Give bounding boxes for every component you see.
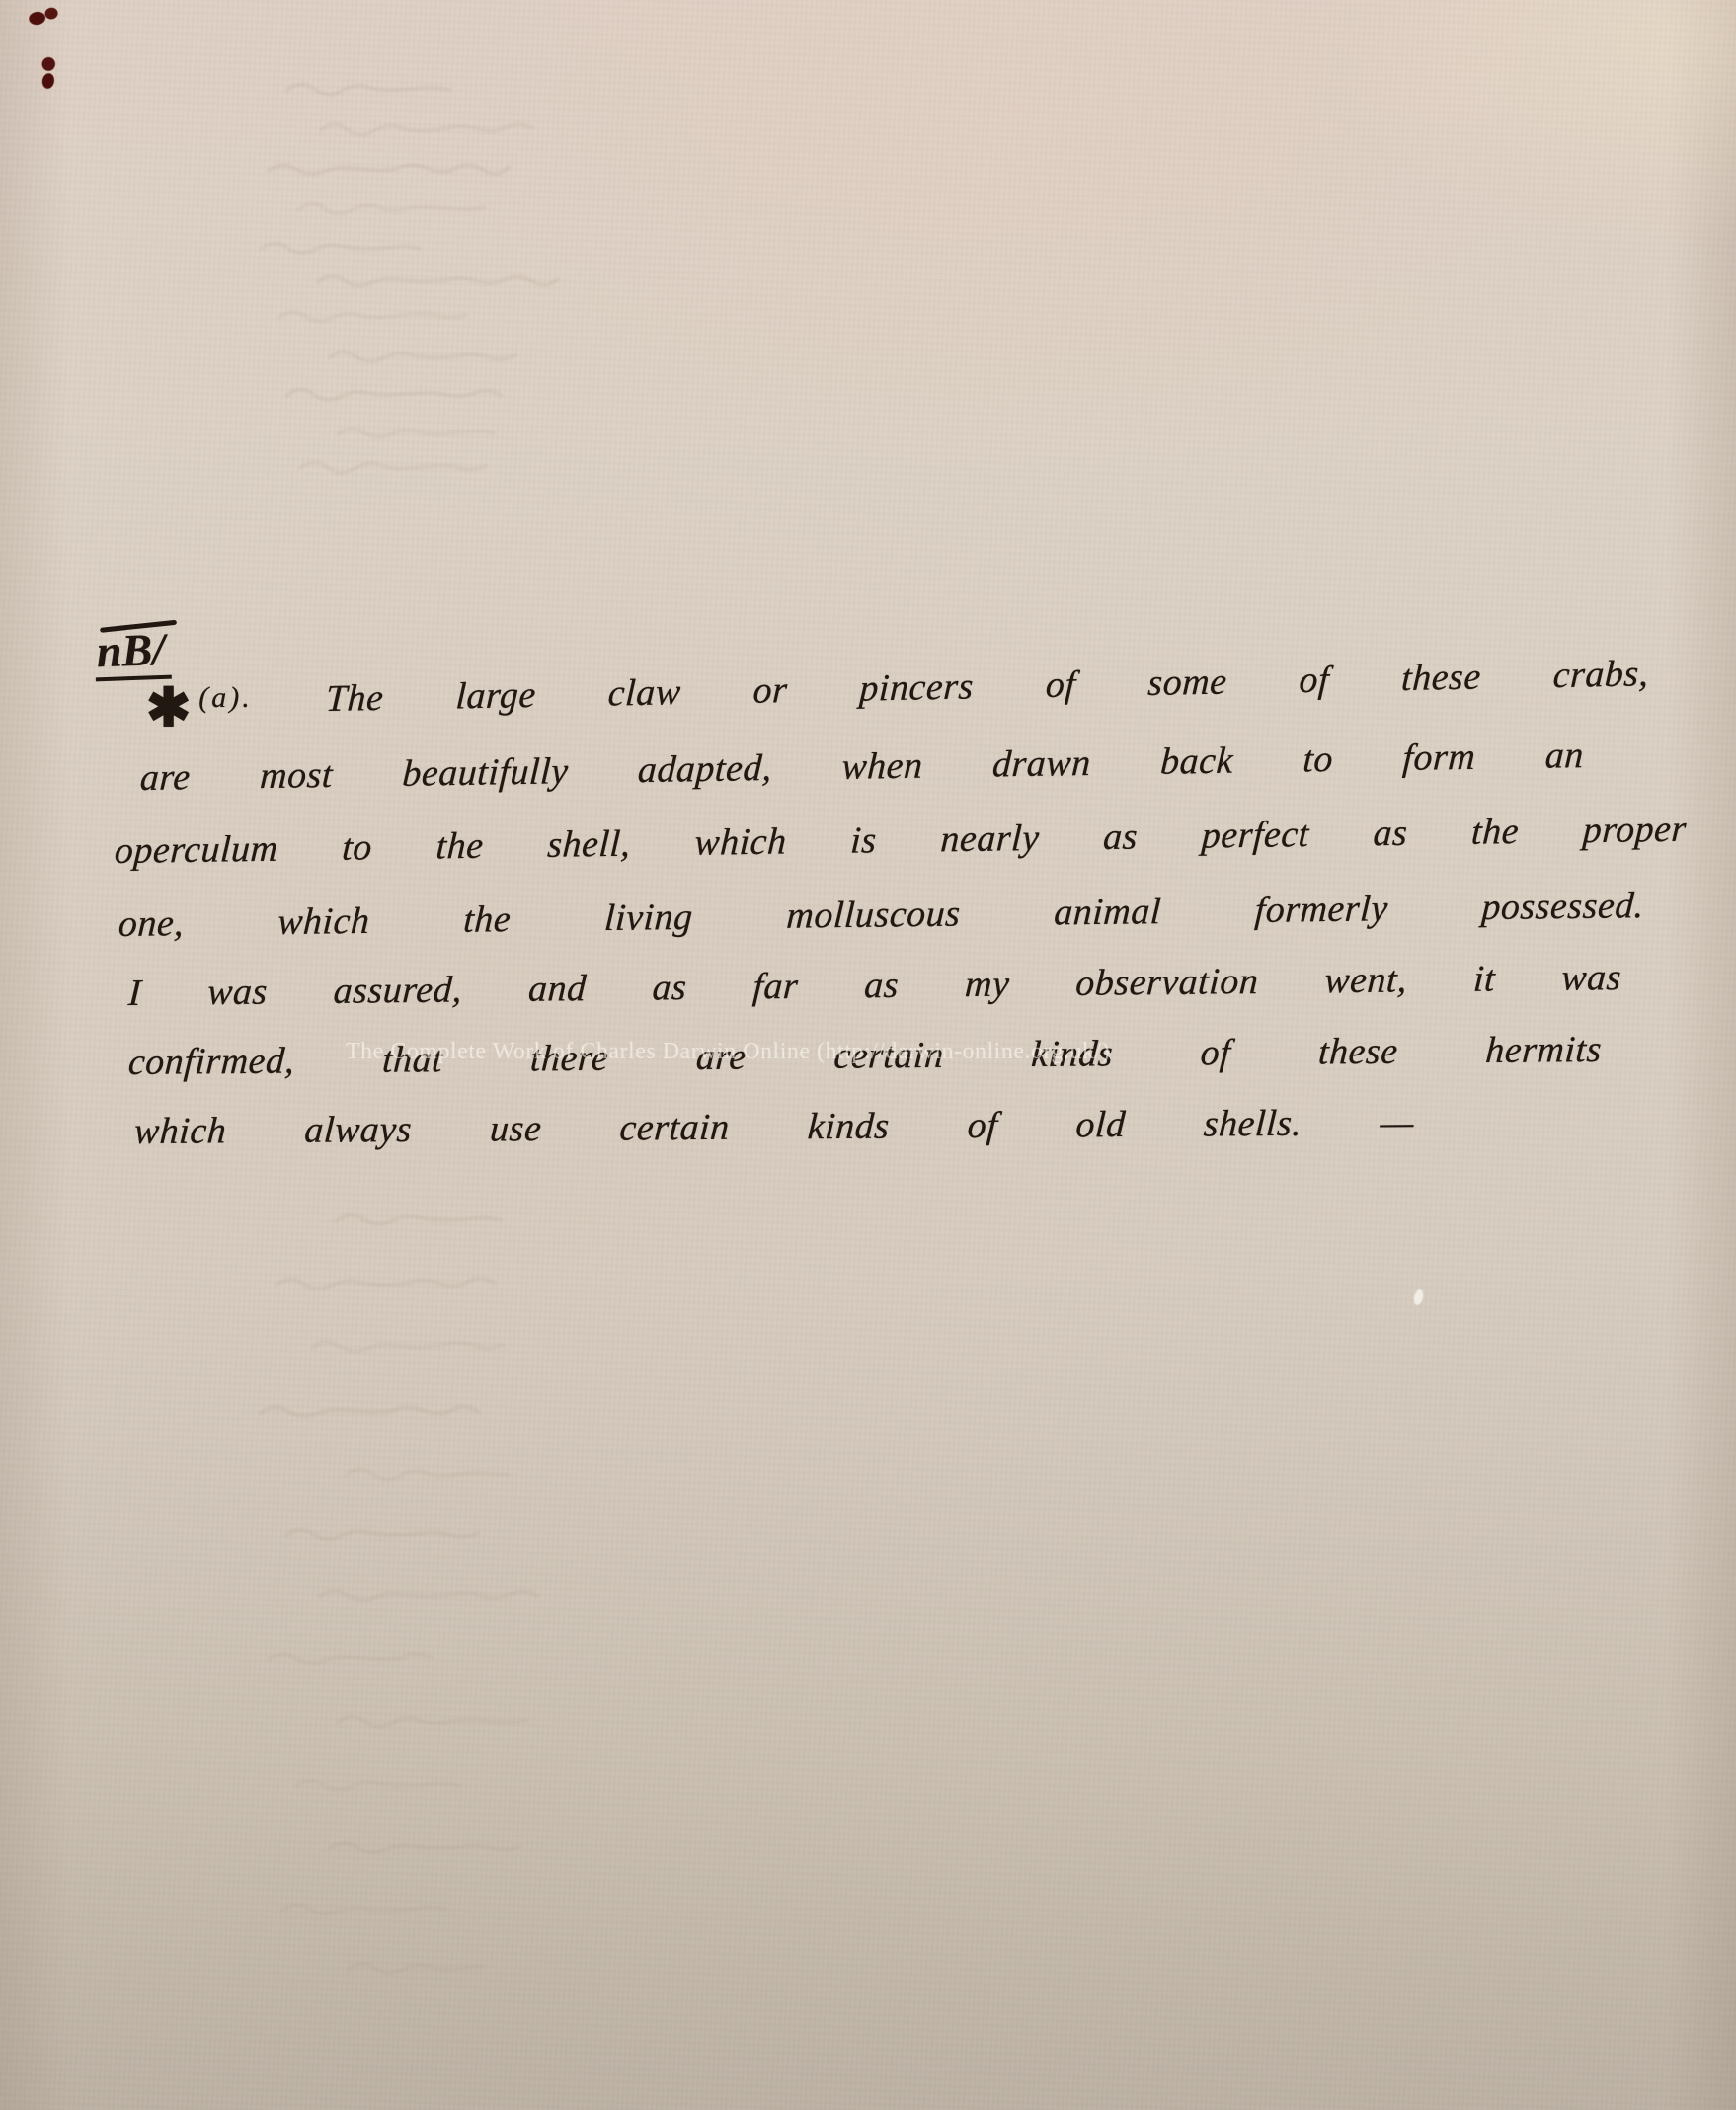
manuscript-page: nB/ ✱(a). The large claw or pincers of s…: [0, 0, 1736, 2110]
darwin-online-watermark: The Complete Work of Charles Darwin Onli…: [346, 1039, 1145, 1065]
